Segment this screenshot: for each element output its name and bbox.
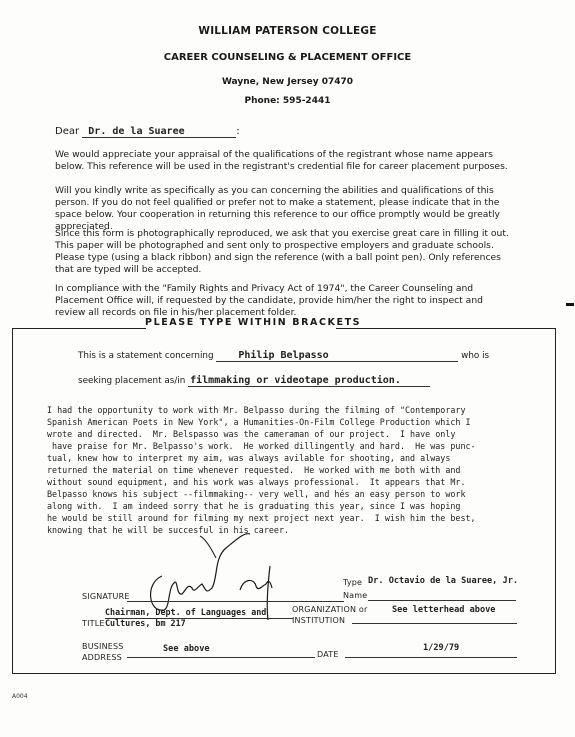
instruction-paragraph-specifics: Will you kindly write as specifically as… (55, 185, 515, 233)
candidate-name-field[interactable]: Philip Belpasso (216, 350, 458, 362)
concerning-row: This is a statement concerning Philip Be… (78, 350, 489, 362)
organization-line (352, 623, 517, 624)
statement-line: Belpasso knows his subject --filmmaking-… (47, 488, 547, 500)
statement-line: have praise for Mr. Belpasso's work. He … (47, 440, 547, 452)
typed-name-field[interactable]: Dr. Octavio de la Suaree, Jr. (368, 576, 518, 586)
office-name: CAREER COUNSELING & PLACEMENT OFFICE (0, 52, 575, 63)
business-address-line (127, 657, 315, 658)
brackets-title: PLEASE TYPE WITHIN BRACKETS (145, 317, 361, 328)
seeking-label: seeking placement as/in (78, 376, 185, 386)
business-address-label: BUSINESS ADDRESS (82, 641, 124, 663)
who-is-label: who is (461, 351, 489, 361)
business-address-field[interactable]: See above (163, 644, 210, 654)
signature-label: SIGNATURE (82, 592, 130, 601)
statement-line: Spanish American Poets in New York", a H… (47, 416, 547, 428)
organization-label-line2: INSTITUTION (292, 615, 367, 626)
title-value-line1: Chairman, Dept. of Languages and (105, 607, 266, 618)
salutation-label: Dear (55, 126, 79, 137)
instruction-paragraph-typing: Since this form is photographically repr… (55, 228, 515, 276)
office-phone: Phone: 595-2441 (0, 96, 575, 106)
statement-line: without sound equipment, and his work wa… (47, 476, 547, 488)
institution-name: WILLIAM PATERSON COLLEGE (0, 25, 575, 37)
title-value-line2: Cultures, bm 217 (105, 618, 266, 629)
recipient-name: Dr. de la Suaree (82, 126, 236, 138)
business-label-line1: BUSINESS (82, 641, 124, 652)
office-address: Wayne, New Jersey 07470 (0, 77, 575, 87)
statement-line: he would be still around for filming my … (47, 512, 547, 524)
instruction-paragraph-purpose: We would appreciate your appraisal of th… (55, 149, 515, 173)
signature-line[interactable] (127, 601, 344, 602)
statement-line: knowing that he will be succesful in his… (47, 524, 547, 536)
title-label: TITLE (82, 619, 105, 628)
organization-field[interactable]: See letterhead above (392, 605, 495, 615)
date-field[interactable]: 1/29/79 (423, 643, 459, 653)
title-line (105, 618, 293, 619)
type-label: Type (343, 578, 362, 587)
concerning-label: This is a statement concerning (78, 351, 214, 361)
date-label: DATE (317, 650, 339, 659)
name-line (368, 600, 516, 601)
date-line (345, 657, 517, 658)
statement-line: tual, knew how to interpret my aim, was … (47, 452, 547, 464)
organization-label-line1: ORGANIZATION or (292, 604, 367, 615)
statement-line: I had the opportunity to work with Mr. B… (47, 404, 547, 416)
reference-statement[interactable]: I had the opportunity to work with Mr. B… (47, 404, 547, 536)
statement-line: wrote and directed. Mr. Belspasso was th… (47, 428, 547, 440)
statement-line: returned the material on time whenever r… (47, 464, 547, 476)
business-label-line2: ADDRESS (82, 652, 124, 663)
salutation: Dear Dr. de la Suaree: (55, 126, 240, 138)
instruction-paragraph-privacy: In compliance with the "Family Rights an… (55, 283, 515, 319)
statement-line: along with. I am indeed sorry that he is… (47, 500, 547, 512)
seeking-field[interactable]: filmmaking or videotape production. (188, 375, 430, 387)
form-code: A004 (12, 693, 28, 700)
seeking-row: seeking placement as/in filmmaking or vi… (78, 375, 430, 387)
name-label: Name (343, 591, 367, 600)
salutation-colon: : (236, 126, 239, 137)
margin-tick-mark (566, 303, 574, 306)
